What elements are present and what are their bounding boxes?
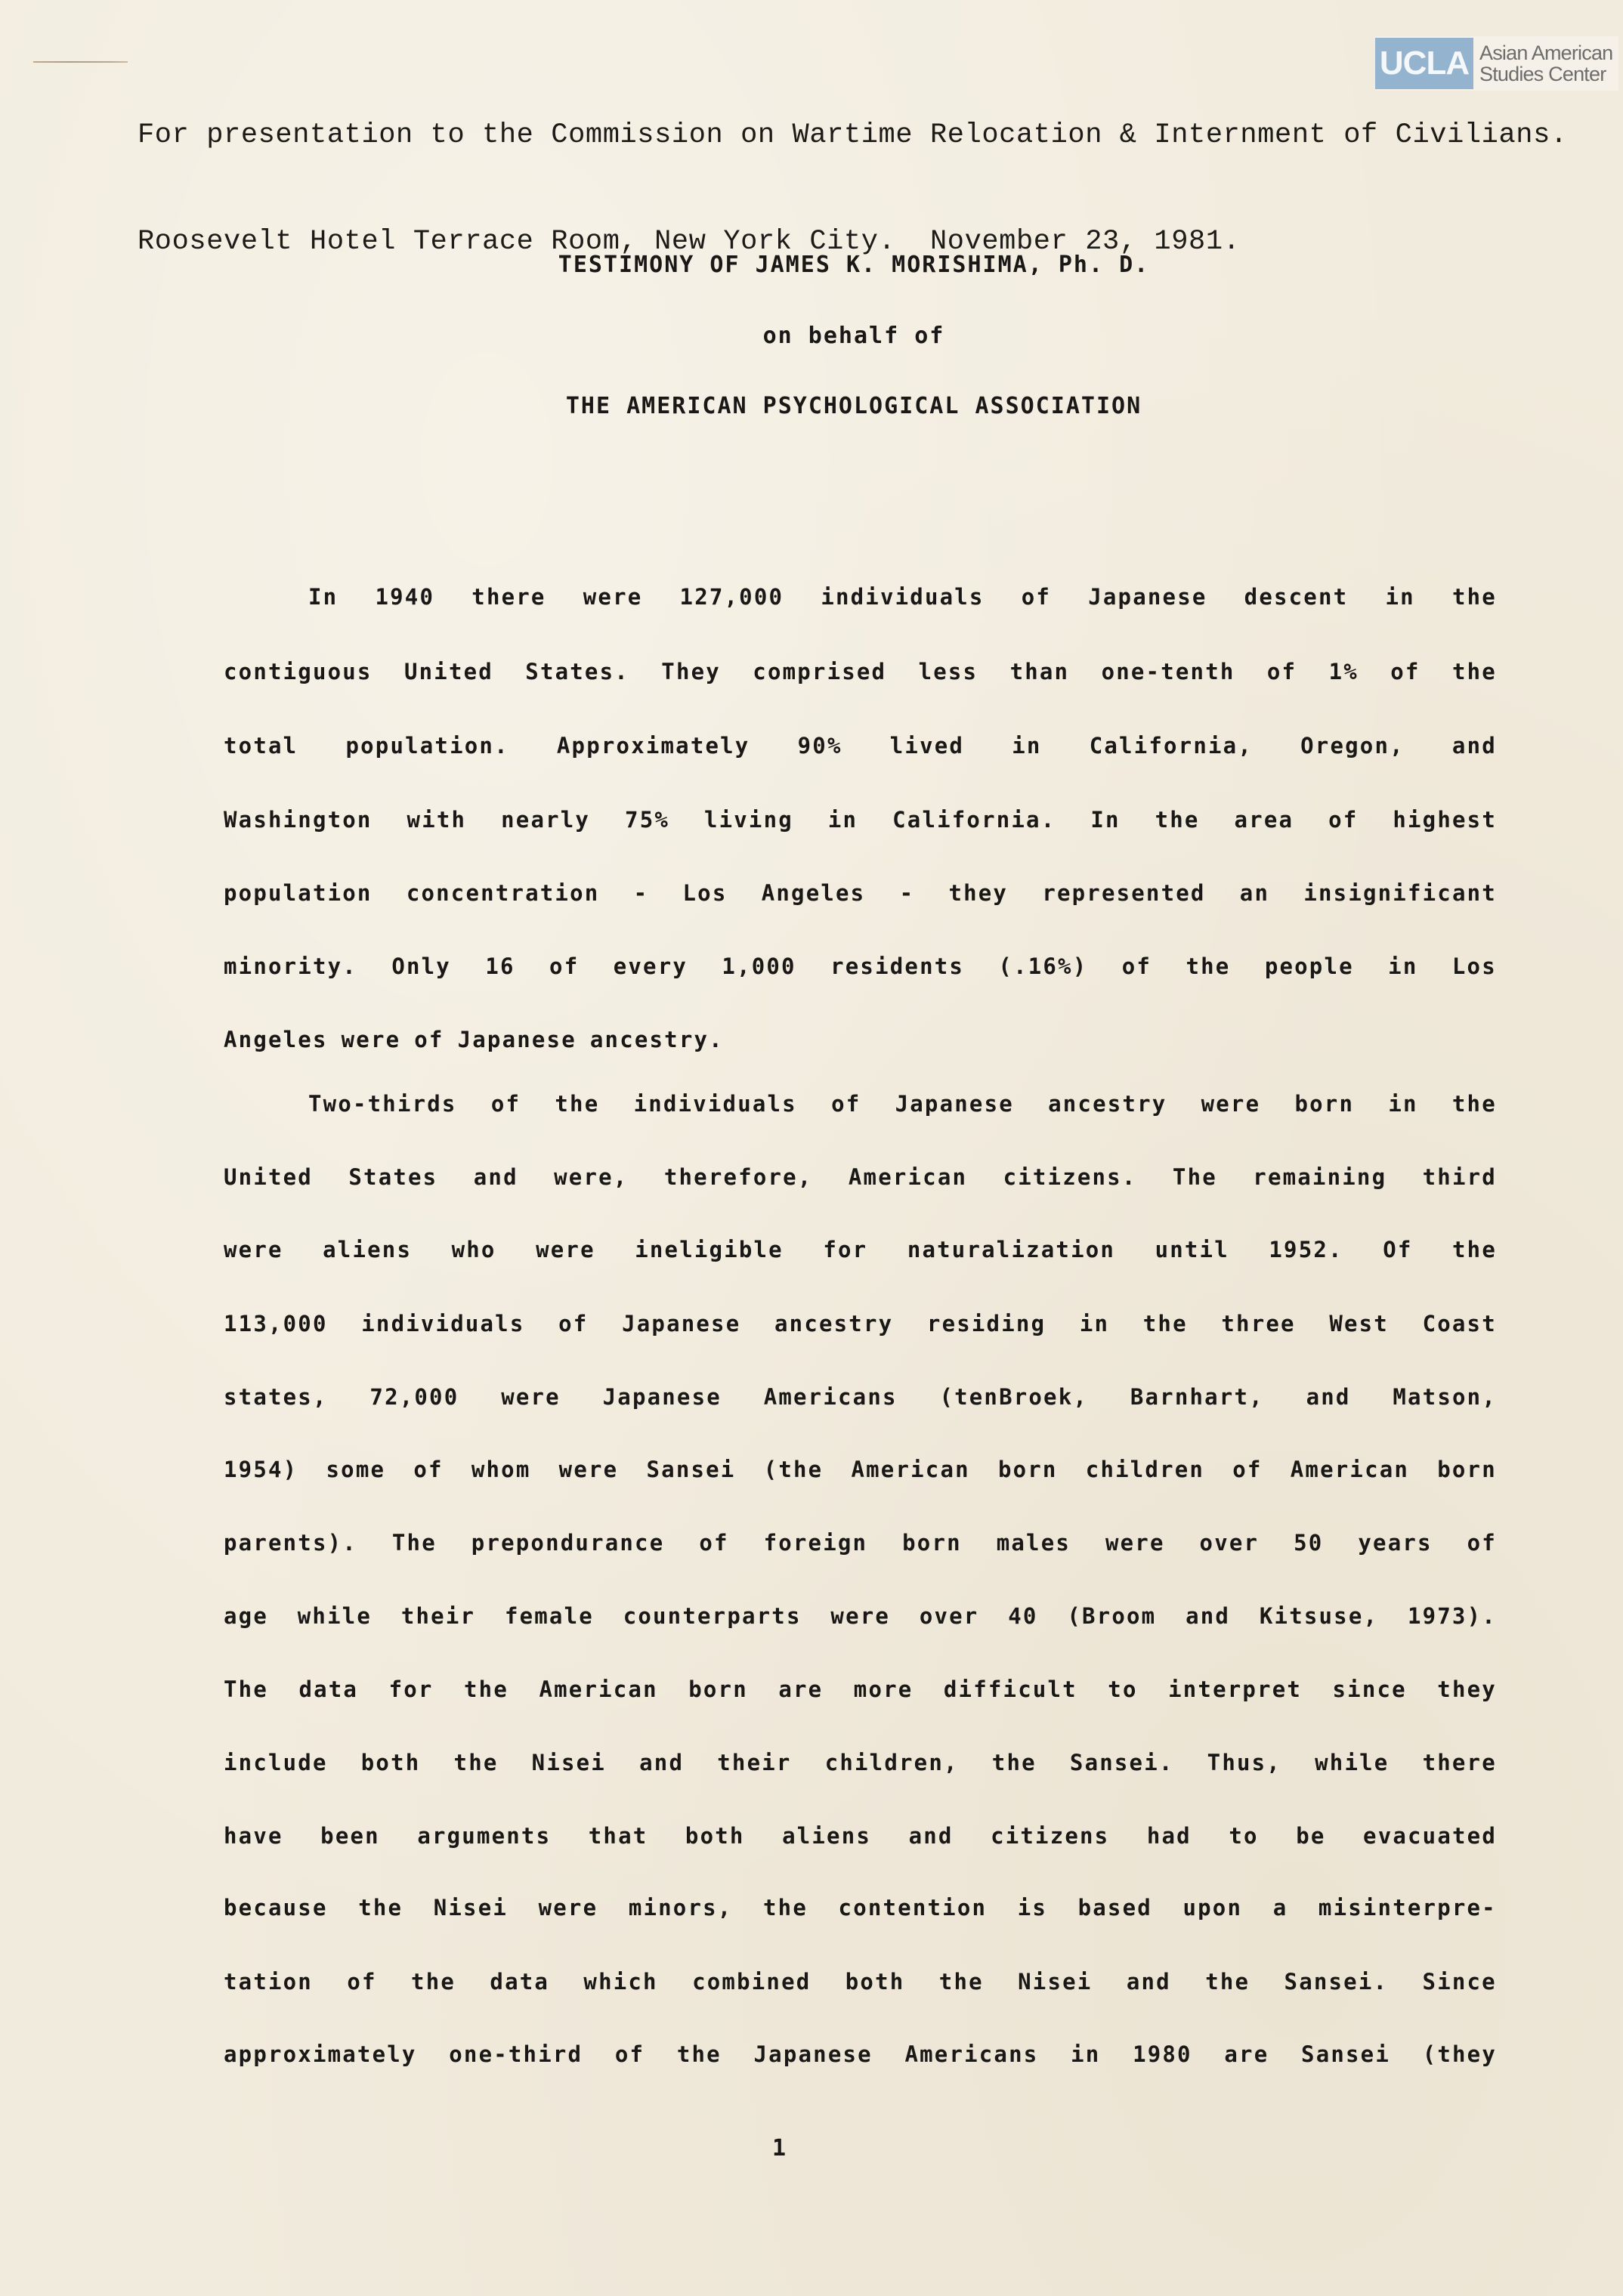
word: some (326, 1457, 386, 1482)
word: more (854, 1676, 914, 1702)
word: been (320, 1823, 380, 1849)
word: every (614, 953, 688, 979)
word: of (491, 1091, 521, 1117)
word: Japanese (1088, 584, 1207, 610)
word: The (224, 1676, 268, 1702)
word: since (1333, 1676, 1407, 1702)
word: United (404, 659, 493, 684)
word: of (1122, 953, 1152, 979)
word: naturalization (907, 1237, 1115, 1262)
word: and (909, 1823, 954, 1849)
word: Only (391, 953, 451, 979)
word: of (1022, 584, 1051, 610)
word: and (1186, 1603, 1230, 1629)
word: over (1200, 1530, 1260, 1556)
word: of (414, 1027, 444, 1052)
word: The (392, 1530, 437, 1556)
word: interpret (1168, 1676, 1302, 1702)
word: Nisei (1018, 1969, 1092, 1995)
word: concentration (407, 880, 600, 906)
word: contiguous (224, 659, 373, 684)
word: and (1452, 733, 1497, 759)
body-line: agewhiletheirfemalecounterpartswereover4… (224, 1603, 1497, 1629)
word: 72,000 (369, 1384, 459, 1410)
body-line: totalpopulation.Approximately90%livedinC… (224, 733, 1497, 759)
word: Of (1383, 1237, 1412, 1262)
word: their (401, 1603, 475, 1629)
word: contention (839, 1895, 988, 1921)
word: 50 (1294, 1530, 1323, 1556)
word: Angeles (224, 1027, 328, 1052)
word: the (939, 1969, 984, 1995)
word: states, (224, 1384, 328, 1410)
word: in (1385, 584, 1414, 610)
word: people (1265, 953, 1354, 979)
word: the (1452, 584, 1497, 610)
word: Los (683, 880, 728, 906)
word: represented (1042, 880, 1205, 906)
word: Since (1423, 1969, 1497, 1995)
word: evacuated (1363, 1823, 1497, 1849)
word: age (224, 1603, 268, 1629)
word: population (224, 880, 373, 906)
word: were (536, 1237, 595, 1262)
word: to (1229, 1823, 1258, 1849)
word: were (830, 1603, 890, 1629)
logo-text-line-1: Asian American (1479, 42, 1612, 63)
word: and (1306, 1384, 1351, 1410)
word: three (1221, 1311, 1295, 1337)
word: citizens. (1003, 1164, 1137, 1190)
ucla-logo-icon: UCLA (1375, 38, 1473, 89)
word: males (997, 1530, 1071, 1556)
word: born (1294, 1091, 1354, 1117)
word: lived (890, 733, 964, 759)
word: of (1467, 1530, 1497, 1556)
word: based (1078, 1895, 1152, 1921)
word: for (823, 1237, 867, 1262)
word: the (1452, 659, 1497, 684)
word: and (1127, 1969, 1171, 1995)
word: States. (525, 659, 629, 684)
body-line: includeboththeNiseiandtheirchildren,theS… (224, 1750, 1497, 1775)
word: 127,000 (680, 584, 784, 610)
word: there (471, 584, 546, 610)
word: include (224, 1750, 328, 1775)
page-number: 1 (772, 2135, 786, 2162)
word: Barnhart, (1130, 1384, 1264, 1410)
word: for (389, 1676, 434, 1702)
word: Angeles (762, 880, 866, 906)
word: The (1173, 1164, 1217, 1190)
word: born (1437, 1457, 1497, 1482)
word: Japanese (754, 2041, 873, 2067)
word: individuals (634, 1091, 797, 1117)
word: of (1328, 807, 1358, 833)
on-behalf-of: on behalf of (42, 323, 1623, 349)
word: were (539, 1895, 598, 1921)
body-line: 113,000individualsofJapaneseancestryresi… (224, 1311, 1497, 1337)
word: population. (345, 733, 509, 759)
word: counterparts (623, 1603, 802, 1629)
word: Sansei. (1070, 1750, 1174, 1775)
word: the (763, 1895, 808, 1921)
word: both (361, 1750, 421, 1775)
word: of (1390, 659, 1420, 684)
body-line: approximatelyone-thirdoftheJapaneseAmeri… (224, 2041, 1497, 2067)
word: 1954) (224, 1457, 298, 1482)
word: They (661, 659, 721, 684)
word: 1940 (375, 584, 434, 610)
word: difficult (944, 1676, 1077, 1702)
word: Matson, (1393, 1384, 1497, 1410)
word: whom (471, 1457, 531, 1482)
word: - (634, 880, 649, 906)
word: that (589, 1823, 648, 1849)
word: which (583, 1969, 657, 1995)
word: female (505, 1603, 594, 1629)
word: Sansei. (1284, 1969, 1389, 1995)
word: California. (892, 807, 1056, 833)
logo-text-line-2: Studies Center (1479, 63, 1612, 85)
word: children (1086, 1457, 1204, 1482)
body-line: AngeleswereofJapaneseancestry. (224, 1027, 1497, 1052)
word: ancestry (1048, 1091, 1167, 1117)
word: of (347, 1969, 376, 1995)
word: (Broom (1067, 1603, 1156, 1629)
word: were (583, 584, 643, 610)
word: in (1012, 733, 1041, 759)
body-line: becausetheNiseiwereminors,thecontentioni… (224, 1895, 1497, 1921)
word: 1980 (1133, 2041, 1192, 2067)
word: of (413, 1457, 443, 1482)
word: Sansei (1301, 2041, 1390, 2067)
word: were (559, 1457, 619, 1482)
word: one-tenth (1102, 659, 1235, 684)
word: born (902, 1530, 962, 1556)
word: were (342, 1027, 401, 1052)
word: Sansei (647, 1457, 736, 1482)
word: States (348, 1164, 437, 1190)
word: insignificant (1303, 880, 1497, 906)
word: 113,000 (224, 1311, 328, 1337)
word: of (549, 953, 579, 979)
body-line: tationofthedatawhichcombinedboththeNisei… (224, 1969, 1497, 1995)
word: minors, (629, 1895, 733, 1921)
testimony-title: TESTIMONY OF JAMES K. MORISHIMA, Ph. D. (42, 252, 1623, 278)
word: the (1155, 807, 1200, 833)
word: both (685, 1823, 745, 1849)
word: West (1329, 1311, 1389, 1337)
word: to (1108, 1676, 1137, 1702)
word: In (1090, 807, 1120, 833)
word: 1,000 (722, 953, 796, 979)
word: comprised (753, 659, 886, 684)
word: they (948, 880, 1008, 906)
word: Oregon, (1300, 733, 1405, 759)
word: Americans (904, 2041, 1038, 2067)
word: (they (1423, 2041, 1497, 2067)
word: Japanese (622, 1311, 740, 1337)
word: (the (764, 1457, 824, 1482)
word: descent (1244, 584, 1349, 610)
word: minority. (224, 953, 357, 979)
staple-mark (33, 59, 131, 65)
word: in (1388, 1091, 1417, 1117)
word: approximately (224, 2041, 417, 2067)
word: living (704, 807, 793, 833)
word: in (1080, 1311, 1109, 1337)
word: Two-thirds (308, 1091, 457, 1117)
word: area (1235, 807, 1294, 833)
word: the (1452, 1091, 1497, 1117)
word: were (1105, 1530, 1165, 1556)
word: the (1143, 1311, 1188, 1337)
word: were, (554, 1164, 628, 1190)
word: American (539, 1676, 657, 1702)
word: be (1296, 1823, 1325, 1849)
logo-text: Asian American Studies Center (1479, 42, 1612, 85)
word: Kitsuse, (1260, 1603, 1378, 1629)
word: combined (692, 1969, 811, 1995)
word: 1952. (1269, 1237, 1343, 1262)
word: one-third (449, 2041, 583, 2067)
word: their (717, 1750, 791, 1775)
word: data (298, 1676, 358, 1702)
word: American (1291, 1457, 1409, 1482)
word: born (998, 1457, 1058, 1482)
word: Approximately (557, 733, 750, 759)
word: were (1201, 1091, 1261, 1117)
word: total (224, 733, 298, 759)
word: 90% (798, 733, 842, 759)
word: have (224, 1823, 283, 1849)
word: third (1423, 1164, 1497, 1190)
word: less (919, 659, 978, 684)
word: and (639, 1750, 684, 1775)
word: foreign (764, 1530, 868, 1556)
word: there (1423, 1750, 1497, 1775)
word: over (920, 1603, 979, 1629)
word: a (1273, 1895, 1288, 1921)
word: American (849, 1164, 967, 1190)
body-line: parents).Thepreponduranceofforeignbornma… (224, 1530, 1497, 1556)
word: individuals (361, 1311, 524, 1337)
word: the (358, 1895, 403, 1921)
word: an (1240, 880, 1269, 906)
word: tation (224, 1969, 313, 1995)
word: the (992, 1750, 1037, 1775)
word: ancestry. (590, 1027, 724, 1052)
word: Japanese (895, 1091, 1014, 1117)
body-line: Washingtonwithnearly75%livinginCaliforni… (224, 807, 1497, 833)
word: aliens (323, 1237, 412, 1262)
ucla-aasc-watermark: UCLA Asian American Studies Center (1375, 36, 1618, 91)
word: citizens (991, 1823, 1109, 1849)
word: with (407, 807, 467, 833)
word: Nisei (434, 1895, 508, 1921)
word: the (454, 1750, 499, 1775)
word: of (831, 1091, 861, 1117)
word: California, (1090, 733, 1253, 759)
body-line: Two-thirdsoftheindividualsofJapaneseance… (308, 1091, 1497, 1117)
word: born (688, 1676, 748, 1702)
body-line: In1940therewere127,000individualsofJapan… (308, 584, 1497, 610)
word: in (828, 807, 858, 833)
word: - (900, 880, 915, 906)
body-line: 1954)someofwhomwereSansei(theAmericanbor… (224, 1457, 1497, 1482)
word: United (224, 1164, 313, 1190)
word: individuals (821, 584, 984, 610)
word: both (846, 1969, 905, 1995)
word: until (1155, 1237, 1229, 1262)
word: (.16%) (998, 953, 1087, 979)
word: because (224, 1895, 328, 1921)
word: parents). (224, 1530, 357, 1556)
word: the (411, 1969, 456, 1995)
word: ineligible (635, 1237, 784, 1262)
word: data (490, 1969, 549, 1995)
word: of (615, 2041, 645, 2067)
word: the (464, 1676, 509, 1702)
word: the (677, 2041, 722, 2067)
word: (tenBroek, (939, 1384, 1088, 1410)
word: ancestry (774, 1311, 893, 1337)
word: highest (1393, 807, 1497, 833)
word: residing (927, 1311, 1046, 1337)
word: 1% (1329, 659, 1359, 684)
body-line: ThedatafortheAmericanbornaremoredifficul… (224, 1676, 1497, 1702)
word: years (1358, 1530, 1432, 1556)
word: American (851, 1457, 969, 1482)
word: of (1232, 1457, 1262, 1482)
word: Japanese (603, 1384, 722, 1410)
word: while (1315, 1750, 1389, 1775)
word: prepondurance (471, 1530, 665, 1556)
word: therefore, (664, 1164, 813, 1190)
word: Los (1452, 953, 1497, 979)
presentation-note-line-1: For presentation to the Commission on Wa… (138, 118, 1568, 153)
word: had (1147, 1823, 1192, 1849)
word: of (558, 1311, 588, 1337)
body-line: werealienswhowereineligiblefornaturaliza… (224, 1237, 1497, 1262)
body-line: havebeenargumentsthatbothaliensandcitize… (224, 1823, 1497, 1849)
word: aliens (782, 1823, 871, 1849)
organization-title: THE AMERICAN PSYCHOLOGICAL ASSOCIATION (42, 393, 1623, 419)
word: is (1018, 1895, 1047, 1921)
body-line: states,72,000wereJapaneseAmericans(tenBr… (224, 1384, 1497, 1410)
word: and (474, 1164, 518, 1190)
word: were (224, 1237, 283, 1262)
body-line: populationconcentration-LosAngeles-theyr… (224, 880, 1497, 906)
word: In (308, 584, 338, 610)
word: of (1267, 659, 1297, 684)
word: children, (825, 1750, 959, 1775)
word: Japanese (458, 1027, 577, 1052)
word: than (1010, 659, 1070, 684)
word: upon (1182, 1895, 1242, 1921)
word: the (1186, 953, 1230, 979)
word: misinterpre- (1318, 1895, 1497, 1921)
word: the (1452, 1237, 1497, 1262)
word: the (1205, 1969, 1250, 1995)
word: the (555, 1091, 599, 1117)
word: Americans (764, 1384, 898, 1410)
word: who (452, 1237, 496, 1262)
word: are (778, 1676, 823, 1702)
word: 40 (1008, 1603, 1037, 1629)
word: remaining (1253, 1164, 1387, 1190)
word: Coast (1423, 1311, 1497, 1337)
word: were (501, 1384, 561, 1410)
body-line: minority.Only16ofevery1,000residents(.16… (224, 953, 1497, 979)
word: in (1388, 953, 1417, 979)
word: are (1224, 2041, 1269, 2067)
word: 75% (625, 807, 669, 833)
body-line: UnitedStatesandwere,therefore,Americanci… (224, 1164, 1497, 1190)
word: nearly (501, 807, 590, 833)
word: 1973). (1408, 1603, 1497, 1629)
word: arguments (417, 1823, 551, 1849)
word: while (298, 1603, 372, 1629)
word: Thus, (1207, 1750, 1281, 1775)
word: Washington (224, 807, 373, 833)
word: 16 (485, 953, 515, 979)
word: they (1437, 1676, 1497, 1702)
word: Nisei (532, 1750, 606, 1775)
word: of (699, 1530, 728, 1556)
word: in (1071, 2041, 1100, 2067)
body-line: contiguousUnitedStates.Theycomprisedless… (224, 659, 1497, 684)
word: residents (830, 953, 964, 979)
